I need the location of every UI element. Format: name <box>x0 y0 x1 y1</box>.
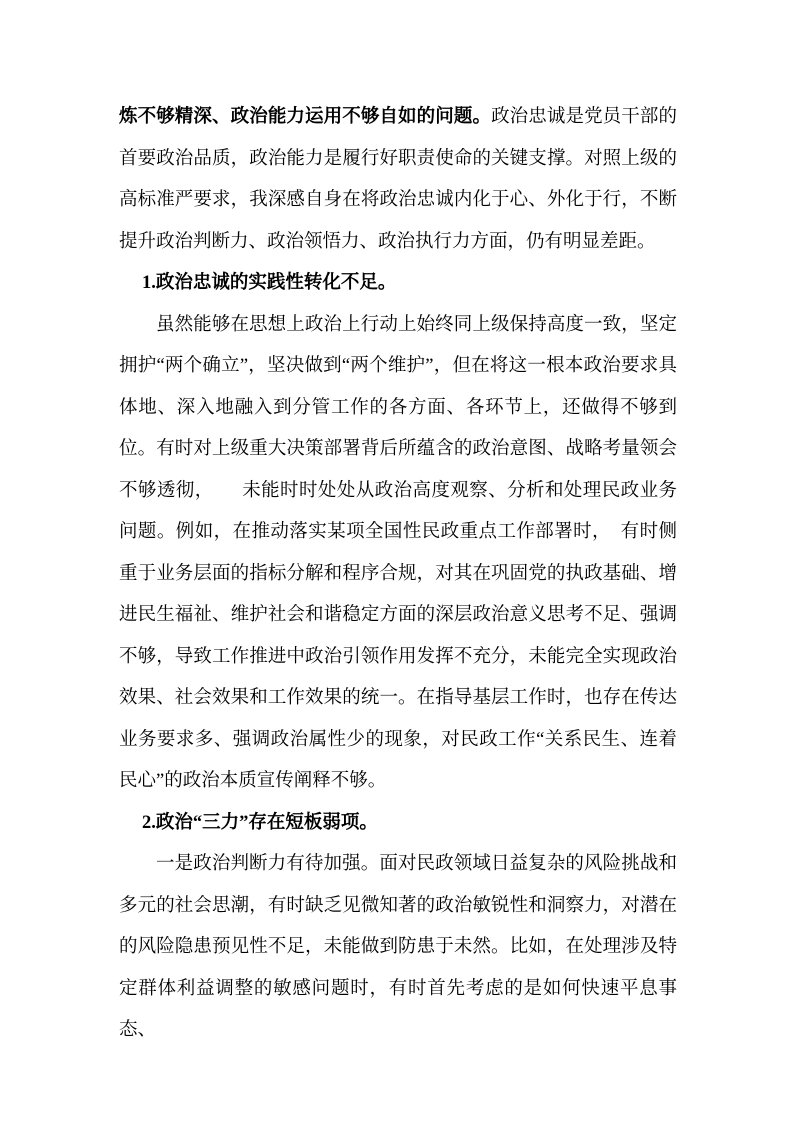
body-paragraph: 虽然能够在思想上政治上行动上始终同上级保持高度一致，坚定拥护“两个确立”，坚决做… <box>119 305 677 803</box>
body-paragraph: 一是政治判断力有待加强。面对民政领域日益复杂的风险挑战和多元的社会思潮，有时缺乏… <box>119 844 677 1052</box>
text-run: 政治忠诚是党员干部的首要政治品质，政治能力是履行好职责使命的关键支撑。对照上级的… <box>119 107 677 252</box>
section-heading: 2.政治“三力”存在短板弱项。 <box>119 803 677 845</box>
document-body: 炼不够精深、政治能力运用不够自如的问题。政治忠诚是党员干部的首要政治品质，政治能… <box>119 97 677 1052</box>
bold-text-run: 1.政治忠诚的实践性转化不足。 <box>142 273 396 293</box>
section-heading: 1.政治忠诚的实践性转化不足。 <box>119 263 677 305</box>
text-run: 虽然能够在思想上政治上行动上始终同上级保持高度一致，坚定拥护“两个确立”，坚决做… <box>119 315 677 792</box>
text-run: 一是政治判断力有待加强。面对民政领域日益复杂的风险挑战和多元的社会思潮，有时缺乏… <box>119 854 677 1040</box>
bold-text-run: 2.政治“三力”存在短板弱项。 <box>142 813 378 833</box>
bold-text-run: 炼不够精深、政治能力运用不够自如的问题。 <box>119 107 491 127</box>
body-paragraph: 炼不够精深、政治能力运用不够自如的问题。政治忠诚是党员干部的首要政治品质，政治能… <box>119 97 677 263</box>
document-page: 炼不够精深、政治能力运用不够自如的问题。政治忠诚是党员干部的首要政治品质，政治能… <box>0 0 793 1122</box>
